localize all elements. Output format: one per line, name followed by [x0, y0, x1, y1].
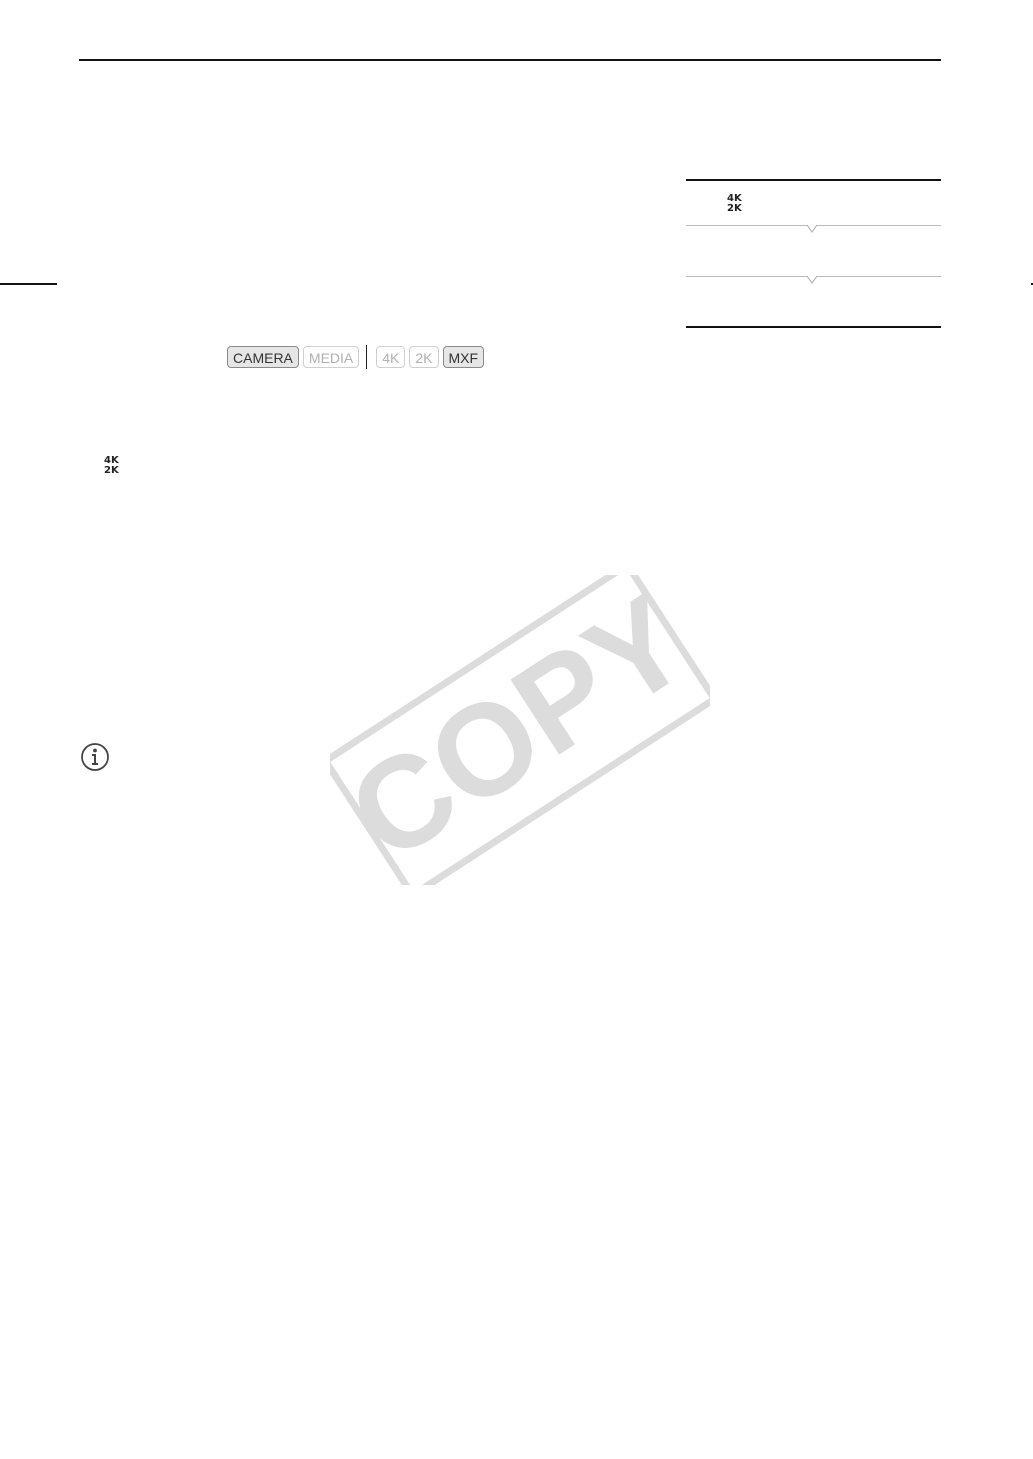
step-arrow-icon — [807, 225, 817, 233]
operating-mode-badges: CAMERA MEDIA 4K 2K MXF — [227, 345, 484, 369]
svg-text:COPY: COPY — [330, 575, 710, 885]
badge-4k: 4K — [376, 346, 405, 368]
box-top-rule — [686, 179, 941, 181]
resolution-4k-2k-icon: 4K 2K — [104, 456, 119, 476]
header-rule — [79, 59, 941, 61]
resolution-4k-2k-icon: 4K 2K — [727, 194, 742, 214]
step-arrow-icon — [807, 276, 817, 284]
margin-tab-mark — [0, 283, 57, 285]
sidebar-operating-modes-box: 4K 2K — [686, 179, 941, 328]
badge-media: MEDIA — [303, 346, 359, 368]
box-bottom-rule — [686, 326, 941, 328]
badge-2k: 2K — [409, 346, 438, 368]
badge-separator — [366, 345, 367, 369]
badge-camera: CAMERA — [227, 346, 299, 368]
badge-mxf: MXF — [443, 346, 485, 368]
info-icon — [80, 742, 110, 772]
copy-watermark: COPY — [330, 575, 710, 885]
